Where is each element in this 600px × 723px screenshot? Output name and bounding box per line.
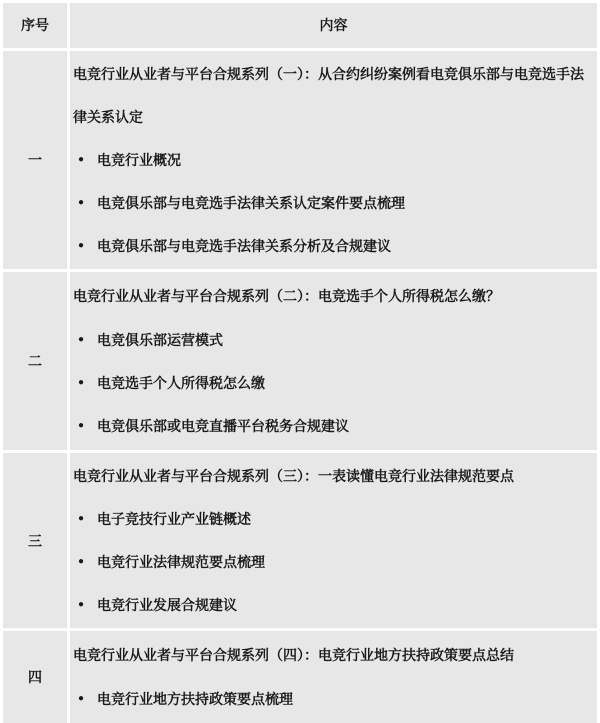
bullet-icon: ● xyxy=(72,557,84,567)
table-row: 二 电竞行业从业者与平台合规系列（二）：电竞选手个人所得税怎么缴？ ● 电竞俱乐… xyxy=(3,272,597,450)
bullet-icon: ● xyxy=(72,421,84,431)
row-index: 一 xyxy=(3,51,67,269)
list-item: ● 电竞俱乐部与电竞选手法律关系分析及合规建议 xyxy=(72,225,595,268)
bullet-label: 电竞俱乐部或电竞直播平台税务合规建议 xyxy=(97,416,349,436)
bullet-label: 电竞俱乐部与电竞选手法律关系认定案件要点梳理 xyxy=(97,193,405,213)
bullet-label: 电竞行业地方扶持政策要点梳理 xyxy=(97,689,293,709)
row-content: 电竞行业从业者与平台合规系列（四）：电竞行业地方扶持政策要点总结 ● 电竞行业地… xyxy=(70,631,597,723)
list-item: ● 电竞俱乐部或电竞直播平台税务合规建议 xyxy=(72,404,595,447)
series-title: 电竞行业从业者与平台合规系列（四）：电竞行业地方扶持政策要点总结 xyxy=(72,634,595,677)
bullet-icon: ● xyxy=(72,514,84,524)
list-item: ● 电竞俱乐部与电竞选手法律关系认定案件要点梳理 xyxy=(72,182,595,225)
list-item: ● 电竞俱乐部运营模式 xyxy=(72,318,595,361)
table-header-row: 序号 内容 xyxy=(3,3,597,48)
bullet-icon: ● xyxy=(72,241,84,251)
row-index: 三 xyxy=(3,453,67,628)
table-row: 四 电竞行业从业者与平台合规系列（四）：电竞行业地方扶持政策要点总结 ● 电竞行… xyxy=(3,631,597,723)
header-cell-content: 内容 xyxy=(70,3,597,48)
bullet-icon: ● xyxy=(72,600,84,610)
bullet-label: 电竞俱乐部运营模式 xyxy=(97,330,223,350)
list-item: ● 电子竞技行业产业链概述 xyxy=(72,498,595,541)
bullet-icon: ● xyxy=(72,694,84,704)
row-index: 二 xyxy=(3,272,67,450)
list-item: ● 电竞选手个人所得税怎么缴 xyxy=(72,361,595,404)
bullet-label: 电子竞技行业产业链概述 xyxy=(97,509,251,529)
table-row: 一 电竞行业从业者与平台合规系列（一）：从合约纠纷案例看电竞俱乐部与电竞选手法律… xyxy=(3,51,597,269)
row-content: 电竞行业从业者与平台合规系列（二）：电竞选手个人所得税怎么缴？ ● 电竞俱乐部运… xyxy=(70,272,597,450)
table-row: 三 电竞行业从业者与平台合规系列（三）：一表读懂电竞行业法律规范要点 ● 电子竞… xyxy=(3,453,597,628)
header-cell-index: 序号 xyxy=(3,3,67,48)
bullet-label: 电竞选手个人所得税怎么缴 xyxy=(97,373,265,393)
series-title: 电竞行业从业者与平台合规系列（二）：电竞选手个人所得税怎么缴？ xyxy=(72,275,595,318)
bullet-icon: ● xyxy=(72,378,84,388)
article-series-toc-page: 序号 内容 一 电竞行业从业者与平台合规系列（一）：从合约纠纷案例看电竞俱乐部与… xyxy=(0,0,600,723)
list-item: ● 电竞行业发展合规建议 xyxy=(72,584,595,627)
bullet-label: 电竞行业法律规范要点梳理 xyxy=(97,552,265,572)
content-table: 序号 内容 一 电竞行业从业者与平台合规系列（一）：从合约纠纷案例看电竞俱乐部与… xyxy=(0,0,600,723)
row-content: 电竞行业从业者与平台合规系列（一）：从合约纠纷案例看电竞俱乐部与电竞选手法律关系… xyxy=(70,51,597,269)
series-title: 电竞行业从业者与平台合规系列（一）：从合约纠纷案例看电竞俱乐部与电竞选手法律关系… xyxy=(72,53,595,139)
bullet-icon: ● xyxy=(72,335,84,345)
bullet-label: 电竞行业发展合规建议 xyxy=(97,595,237,615)
series-title: 电竞行业从业者与平台合规系列（三）：一表读懂电竞行业法律规范要点 xyxy=(72,455,595,498)
bullet-icon: ● xyxy=(72,198,84,208)
list-item: ● 电竞行业概况 xyxy=(72,139,595,182)
bullet-label: 电竞俱乐部与电竞选手法律关系分析及合规建议 xyxy=(97,236,391,256)
list-item: ● 电竞行业法律规范要点梳理 xyxy=(72,541,595,584)
bullet-icon: ● xyxy=(72,155,84,165)
bullet-label: 电竞行业概况 xyxy=(97,150,181,170)
row-index: 四 xyxy=(3,631,67,723)
row-content: 电竞行业从业者与平台合规系列（三）：一表读懂电竞行业法律规范要点 ● 电子竞技行… xyxy=(70,453,597,628)
list-item: ● 电竞行业地方扶持政策要点梳理 xyxy=(72,677,595,720)
